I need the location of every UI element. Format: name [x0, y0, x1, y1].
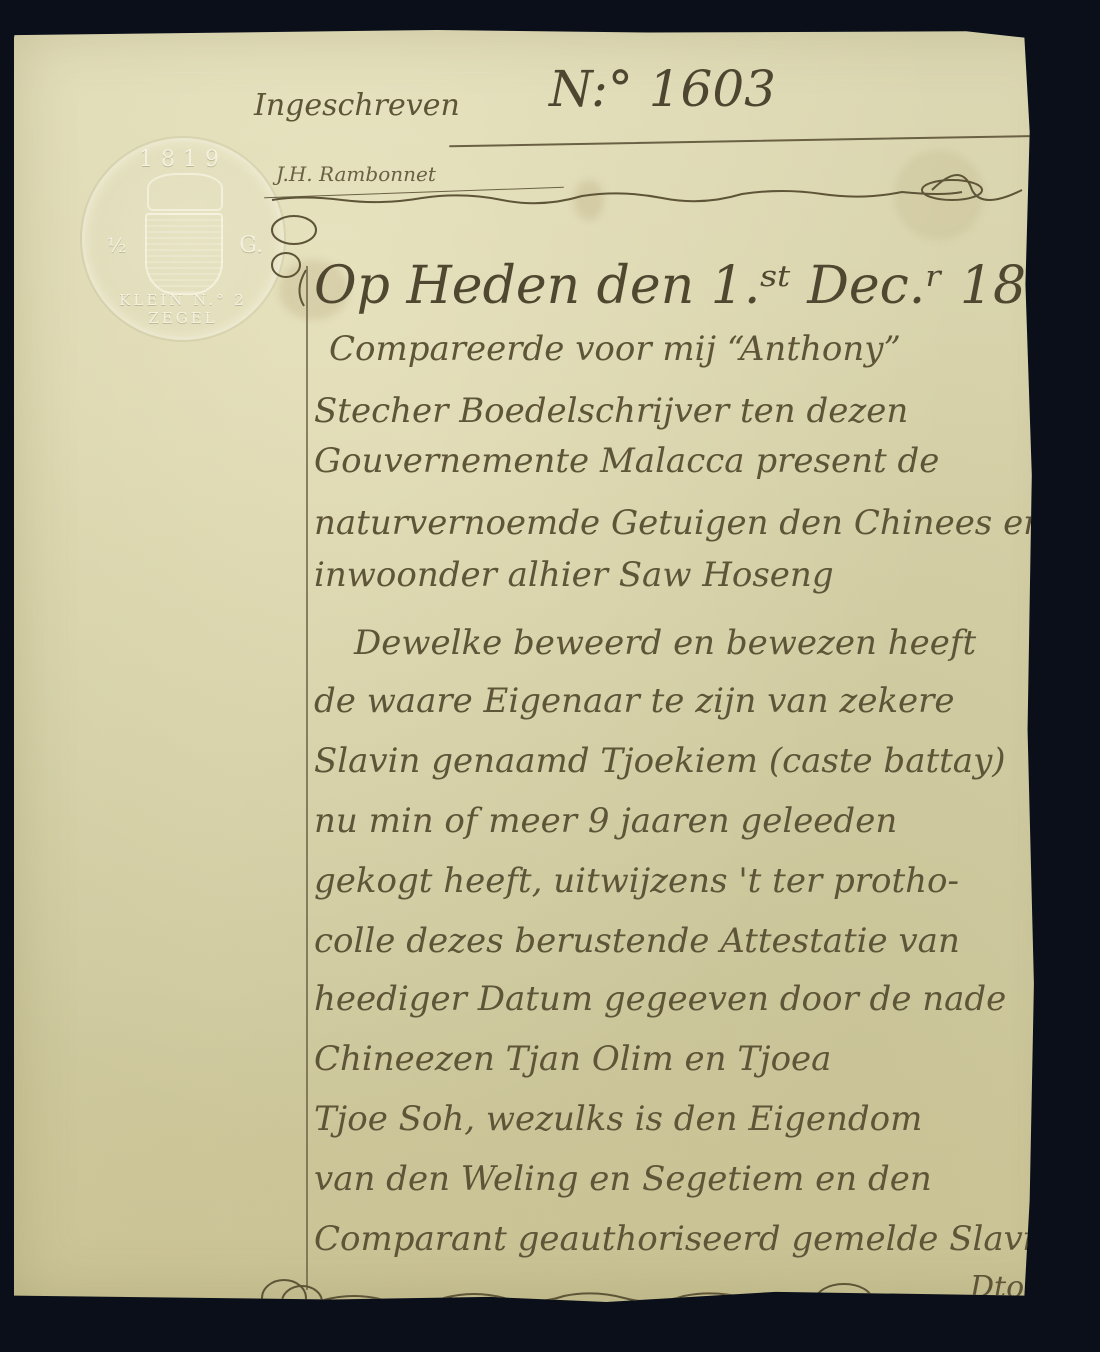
body-line-3: Gouvernemente Malacca present de [314, 444, 939, 478]
number-underline [449, 135, 1049, 147]
bottom-flourish-divider [254, 1270, 1054, 1330]
body-line-16: Comparant geauthoriseerd gemelde Slavin [314, 1222, 1056, 1256]
body-line-2: Stecher Boedelschrijver ten dezen [314, 394, 908, 428]
body-line-12: heediger Datum gegeeven door de nade [314, 982, 1006, 1016]
body-line-1: Compareerde voor mij “Anthony” [329, 332, 901, 366]
left-margin-rule [306, 266, 308, 1290]
deed-date-heading: Op Heden den 1.ˢᵗ Dec.ʳ 1819. [314, 256, 1100, 316]
document-page: 1819 ½ G. KLEIN N.° 2 ZEGEL Ingeschreven… [14, 30, 1072, 1302]
body-line-6: Dewelke beweerd en bewezen heeft [354, 626, 976, 660]
crown-icon [147, 173, 223, 211]
body-line-4: naturvernoemde Getuigen den Chinees en [314, 506, 1045, 540]
top-flourish-divider [262, 170, 1062, 230]
body-line-13: Chineezen Tjan Olim en Tjoea [314, 1042, 831, 1076]
document-number: N:° 1603 [549, 60, 776, 118]
lion-shield-icon [145, 213, 223, 295]
body-line-15: van den Weling en Segetiem en den [314, 1162, 932, 1196]
catchword: Dto [970, 1270, 1024, 1305]
registration-note: Ingeschreven [254, 88, 460, 123]
embossed-tax-stamp: 1819 ½ G. KLEIN N.° 2 ZEGEL [82, 138, 284, 340]
body-line-14: Tjoe Soh, wezulks is den Eigendom [314, 1102, 922, 1136]
body-line-5: inwoonder alhier Saw Hoseng [314, 558, 834, 592]
body-line-7: de waare Eigenaar te zijn van zekere [314, 684, 955, 718]
stamp-legend: KLEIN N.° 2 ZEGEL [85, 291, 281, 327]
stamp-value: ½ [107, 233, 126, 257]
stamp-unit: G. [239, 233, 263, 258]
body-line-10: gekogt heeft, uitwijzens 't ter protho- [314, 864, 959, 898]
body-line-8: Slavin genaamd Tjoekiem (caste battay) [314, 744, 1006, 778]
body-line-11: colle dezes berustende Attestatie van [314, 924, 960, 958]
body-line-9: nu min of meer 9 jaaren geleeden [314, 804, 897, 838]
stamp-year: 1819 [85, 147, 281, 172]
